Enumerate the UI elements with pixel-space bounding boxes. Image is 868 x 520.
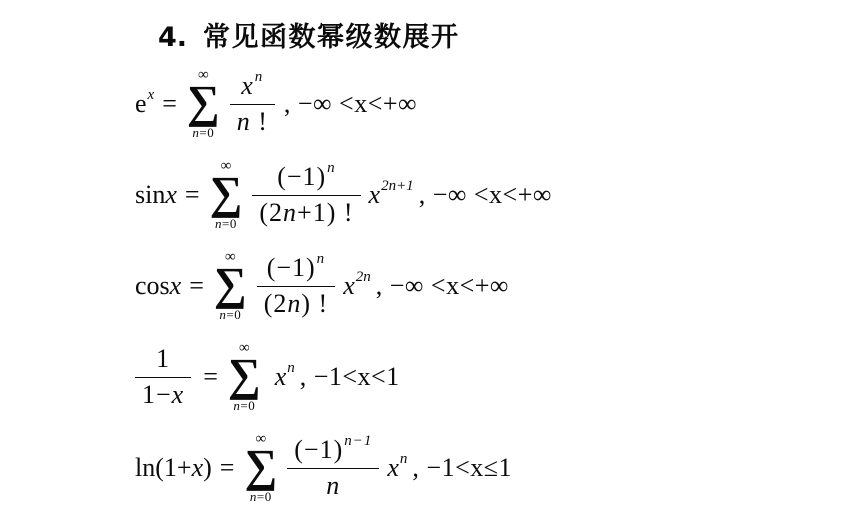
formula-logarithm: ln(1+x) = ∞ ∑ n=0 (−1)n−1 n xn , −1<x≤1 xyxy=(135,422,868,513)
convergence-range: , −∞ <x<+∞ xyxy=(376,271,509,301)
formula-lhs: ex xyxy=(135,89,154,119)
sum-lower-limit: n=0 xyxy=(215,217,237,230)
section-title-text: 常见函数幂级数展开 xyxy=(203,22,460,53)
fraction: (−1)n (2n+1) ! xyxy=(252,162,360,228)
formula-lhs: cosx xyxy=(135,271,181,301)
function-name: e xyxy=(135,89,147,118)
power-term: x2n+1 xyxy=(369,180,414,210)
formula-cosine: cosx = ∞ ∑ n=0 (−1)n (2n) ! x2n , −∞ <x<… xyxy=(135,240,868,331)
summation: ∞ ∑ n=0 xyxy=(244,432,277,502)
denominator: (2n+1) ! xyxy=(252,196,360,228)
sigma-symbol: ∑ xyxy=(244,446,277,486)
denominator: n ! xyxy=(230,105,275,137)
convergence-range: , −1<x≤1 xyxy=(412,453,512,483)
sigma-symbol: ∑ xyxy=(187,82,220,122)
formula-lhs: ln(1+x) xyxy=(135,453,212,483)
sigma-symbol: ∑ xyxy=(210,173,243,213)
summation: ∞ ∑ n=0 xyxy=(214,250,247,320)
sum-lower-limit: n=0 xyxy=(219,308,241,321)
denominator: n xyxy=(287,469,379,501)
equals-sign: = xyxy=(220,453,235,483)
convergence-range: , −∞ <x<+∞ xyxy=(419,180,552,210)
equals-sign: = xyxy=(189,271,204,301)
formula-list: ex = ∞ ∑ n=0 xn n ! , −∞ <x<+∞ sinx = ∞ … xyxy=(0,58,868,513)
formula-exponential: ex = ∞ ∑ n=0 xn n ! , −∞ <x<+∞ xyxy=(135,58,868,149)
summation: ∞ ∑ n=0 xyxy=(187,68,220,138)
power-term: xn xyxy=(387,453,407,483)
denominator: (2n) ! xyxy=(257,287,336,319)
formula-sine: sinx = ∞ ∑ n=0 (−1)n (2n+1) ! x2n+1 , −∞… xyxy=(135,149,868,240)
numerator: (−1)n xyxy=(252,162,360,196)
equals-sign: = xyxy=(185,180,200,210)
convergence-range: , −∞ <x<+∞ xyxy=(284,89,417,119)
sum-lower-limit: n=0 xyxy=(192,126,214,139)
function-name: sin xyxy=(135,180,165,209)
lhs-exponent: x xyxy=(148,87,155,103)
power-term: x2n xyxy=(343,271,371,301)
equals-sign: = xyxy=(162,89,177,119)
sum-lower-limit: n=0 xyxy=(233,399,255,412)
sum-lower-limit: n=0 xyxy=(250,490,272,503)
fraction: (−1)n−1 n xyxy=(287,435,379,501)
function-name: ln xyxy=(135,453,155,482)
document-page: 4.常见函数幂级数展开 ex = ∞ ∑ n=0 xn n ! , −∞ <x<… xyxy=(0,0,868,520)
fraction: (−1)n (2n) ! xyxy=(257,253,336,319)
convergence-range: , −1<x<1 xyxy=(300,362,400,392)
formula-geometric: 1 1−x = ∞ ∑ n=0 xn , −1<x<1 xyxy=(135,331,868,422)
section-title: 4.常见函数幂级数展开 xyxy=(158,15,868,54)
formula-lhs: sinx xyxy=(135,180,177,210)
summation: ∞ ∑ n=0 xyxy=(210,159,243,229)
lhs-fraction: 1 1−x xyxy=(135,344,191,410)
numerator: (−1)n−1 xyxy=(287,435,379,469)
section-number: 4. xyxy=(158,22,187,53)
function-name: cos xyxy=(135,271,170,300)
numerator: xn xyxy=(230,71,275,105)
fraction: xn n ! xyxy=(230,71,275,137)
power-term: xn xyxy=(275,362,295,392)
summation: ∞ ∑ n=0 xyxy=(228,341,261,411)
numerator: 1 xyxy=(135,344,191,378)
denominator: 1−x xyxy=(135,378,191,410)
sigma-symbol: ∑ xyxy=(214,264,247,304)
sigma-symbol: ∑ xyxy=(228,355,261,395)
equals-sign: = xyxy=(203,362,218,392)
numerator: (−1)n xyxy=(257,253,336,287)
